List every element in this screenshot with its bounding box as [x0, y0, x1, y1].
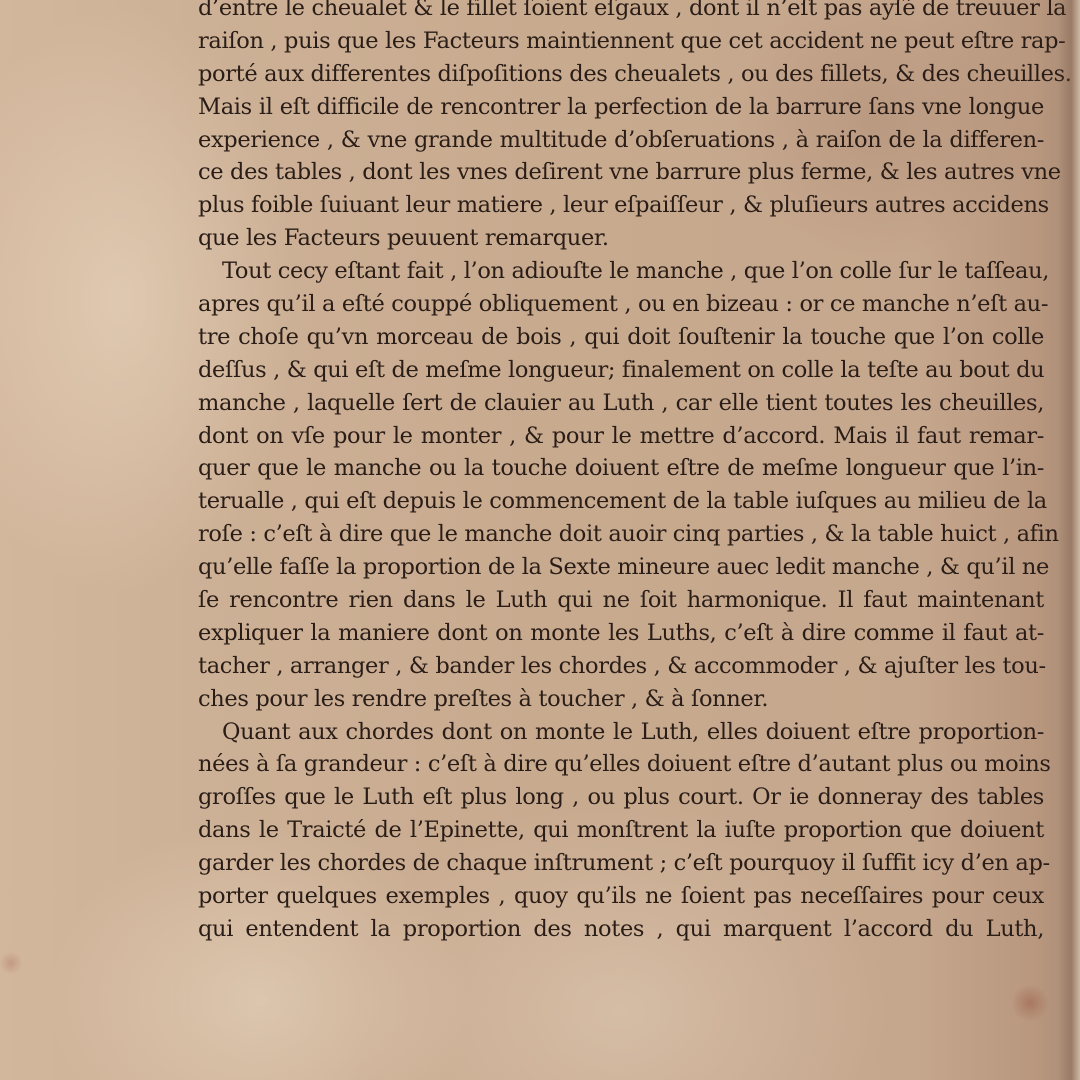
scanned-book-page: d’entre le cheualet & le fillet ſoient e… [0, 0, 1080, 1080]
text-line: nées à ſa grandeur : c’eſt à dire qu’ell… [198, 748, 1044, 781]
paragraph: Quant aux chordes dont on monte le Luth,… [198, 716, 1044, 946]
text-line: que les Facteurs peuuent remarquer. [198, 222, 1044, 255]
text-line: raiſon , puis que les Facteurs maintienn… [198, 25, 1044, 58]
text-line: manche , laquelle ſert de clauier au Lut… [198, 387, 1044, 420]
text-line: apres qu’il a eſté couppé obliquement , … [198, 288, 1044, 321]
text-line: tre choſe qu’vn morceau de bois , qui do… [198, 321, 1044, 354]
text-line: qui entendent la proportion des notes , … [198, 913, 1044, 946]
paper-stain [1010, 985, 1050, 1021]
text-line: ſe rencontre rien dans le Luth qui ne ſo… [198, 584, 1044, 617]
text-line: Quant aux chordes dont on monte le Luth,… [198, 716, 1044, 749]
paragraph: Tout cecy eſtant fait , l’on adiouſte le… [198, 255, 1044, 715]
text-line: Mais il eſt difficile de rencontrer la p… [198, 91, 1044, 124]
text-line: dont on vſe pour le monter , & pour le m… [198, 420, 1044, 453]
text-line: quer que le manche ou la touche doiuent … [198, 452, 1044, 485]
text-line: porter quelques exemples , quoy qu’ils n… [198, 880, 1044, 913]
text-line: tacher , arranger , & bander les chordes… [198, 650, 1044, 683]
text-line: deſſus , & qui eſt de meſme longueur; fi… [198, 354, 1044, 387]
text-line: ches pour les rendre preſtes à toucher ,… [198, 683, 1044, 716]
text-line: Tout cecy eſtant fait , l’on adiouſte le… [198, 255, 1044, 288]
text-line: experience , & vne grande multitude d’ob… [198, 124, 1044, 157]
text-line: qu’elle faſſe la proportion de la Sexte … [198, 551, 1044, 584]
text-line: dans le Traicté de l’Epinette, qui monſt… [198, 814, 1044, 847]
text-line: garder les chordes de chaque inſtrument … [198, 847, 1044, 880]
text-line: d’entre le cheualet & le fillet ſoient e… [198, 0, 1044, 25]
text-line: porté aux differentes diſpoſitions des c… [198, 58, 1044, 91]
body-text: d’entre le cheualet & le fillet ſoient e… [198, 0, 1044, 946]
text-line: ce des tables , dont les vnes deſirent v… [198, 156, 1044, 189]
paragraph: d’entre le cheualet & le fillet ſoient e… [198, 0, 1044, 255]
paper-stain [0, 950, 22, 976]
text-line: terualle , qui eſt depuis le commencemen… [198, 485, 1044, 518]
text-line: groſſes que le Luth eſt plus long , ou p… [198, 781, 1044, 814]
text-line: expliquer la maniere dont on monte les L… [198, 617, 1044, 650]
text-line: plus foible ſuiuant leur matiere , leur … [198, 189, 1044, 222]
text-line: roſe : c’eſt à dire que le manche doit a… [198, 518, 1044, 551]
